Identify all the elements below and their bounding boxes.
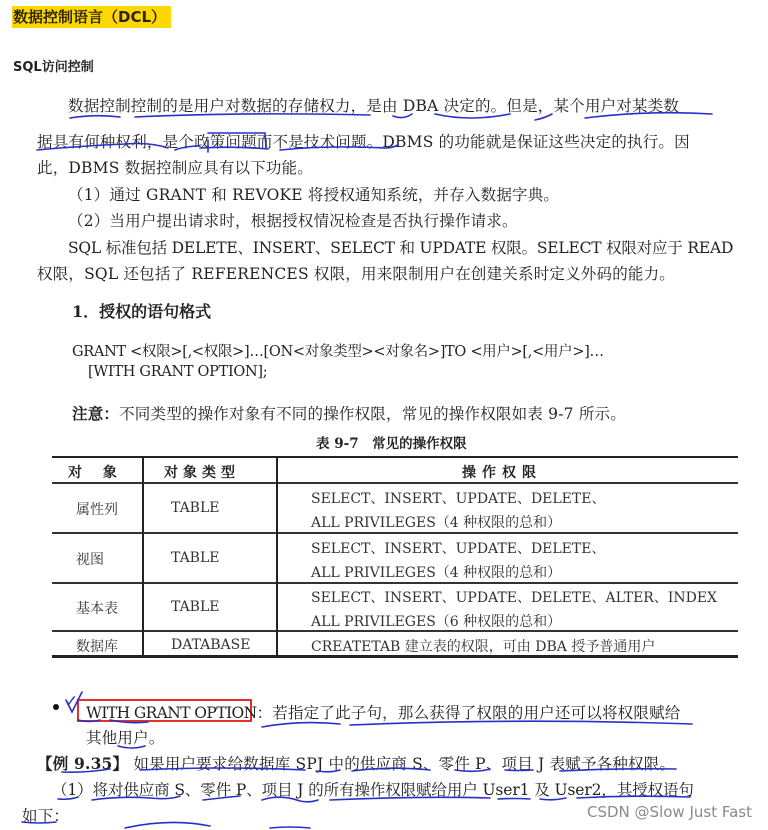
header-permissions: 操作权限 xyxy=(462,462,542,482)
table-col-divider xyxy=(276,457,278,657)
example-label: 【例 9.35】 xyxy=(37,754,128,773)
sql-standard-line-2: 权限，SQL 还包括了 REFERENCES 权限，用来限制用户在创建关系时定义… xyxy=(37,262,675,284)
table-caption: 表 9-7 常见的操作权限 xyxy=(316,432,467,452)
row-type: TABLE xyxy=(171,599,220,615)
table-top-rule xyxy=(52,456,738,458)
table-row-rule xyxy=(52,532,738,534)
row-object: 属性列 xyxy=(76,499,118,519)
row-perm-line-1: SELECT、INSERT、UPDATE、DELETE、 xyxy=(311,538,605,558)
bullet-icon xyxy=(53,704,59,710)
watermark: CSDN @Slow Just Fast xyxy=(587,803,752,821)
grant-option-text: ：若指定了此子句，那么获得了权限的用户还可以将权限赋给 xyxy=(257,704,681,722)
row-object: 视图 xyxy=(76,549,104,569)
example-item-1-cont: 如下： xyxy=(22,804,69,826)
header-object-type: 对象类型 xyxy=(164,462,240,482)
header-object: 对 象 xyxy=(68,462,125,482)
row-perm-line-1: SELECT、INSERT、UPDATE、DELETE、 xyxy=(311,488,605,508)
row-perm-line-1: SELECT、INSERT、UPDATE、DELETE、ALTER、INDEX xyxy=(311,587,717,607)
row-perm-line-1: CREATETAB 建立表的权限，可由 DBA 授予普通用户 xyxy=(311,636,655,656)
note-text: 不同类型的操作对象有不同的操作权限，常见的操作权限如表 9-7 所示。 xyxy=(119,405,626,423)
sql-standard-line-1: SQL 标准包括 DELETE、INSERT、SELECT 和 UPDATE 权… xyxy=(68,236,733,258)
note-label: 注意： xyxy=(72,404,119,423)
grant-syntax-line-2: [WITH GRANT OPTION]; xyxy=(88,364,267,380)
row-type: DATABASE xyxy=(171,637,250,653)
row-type: TABLE xyxy=(171,550,220,566)
example-text: 如果用户要求给数据库 SPJ 中的供应商 S、零件 P、项目 J 表赋予各种权限… xyxy=(128,755,675,773)
function-item-2: （2）当用户提出请求时，根据授权情况检查是否执行操作请求。 xyxy=(68,209,518,231)
intro-line-3: 此，DBMS 数据控制应具有以下功能。 xyxy=(37,156,313,178)
function-item-1: （1）通过 GRANT 和 REVOKE 将授权通知系统，并存入数据字典。 xyxy=(68,183,559,205)
row-object: 基本表 xyxy=(76,598,118,618)
example-item-1: （1）将对供应商 S、零件 P、项目 J 的所有操作权限赋给用户 User1 及… xyxy=(52,778,694,800)
grant-option-text-cont: 其他用户。 xyxy=(86,726,165,748)
row-perm-line-2: ALL PRIVILEGES（4 种权限的总和） xyxy=(311,512,561,532)
row-type: TABLE xyxy=(171,500,220,516)
intro-line-1: 数据控制控制的是用户对数据的存储权力，是由 DBA 决定的。但是，某个用户对某类… xyxy=(68,94,679,116)
intro-line-2: 据具有何种权利，是个政策问题而不是技术问题。DBMS 的功能就是保证这些决定的执… xyxy=(37,130,690,152)
section-heading: 1．授权的语句格式 xyxy=(72,299,211,322)
row-perm-line-2: ALL PRIVILEGES（6 种权限的总和） xyxy=(311,611,561,631)
table-col-divider xyxy=(142,457,144,657)
table-header-rule xyxy=(52,482,738,484)
grant-syntax-line-1: GRANT <权限>[,<权限>]…[ON<对象类型><对象名>]TO <用户>… xyxy=(72,340,604,361)
page-title: 数据控制语言（DCL） xyxy=(12,6,171,28)
grant-option-keyword: WITH GRANT OPTION xyxy=(86,704,257,722)
row-object: 数据库 xyxy=(76,636,118,656)
section-subtitle: SQL访问控制 xyxy=(13,56,94,75)
row-perm-line-2: ALL PRIVILEGES（4 种权限的总和） xyxy=(311,562,561,582)
table-row-rule xyxy=(52,582,738,584)
